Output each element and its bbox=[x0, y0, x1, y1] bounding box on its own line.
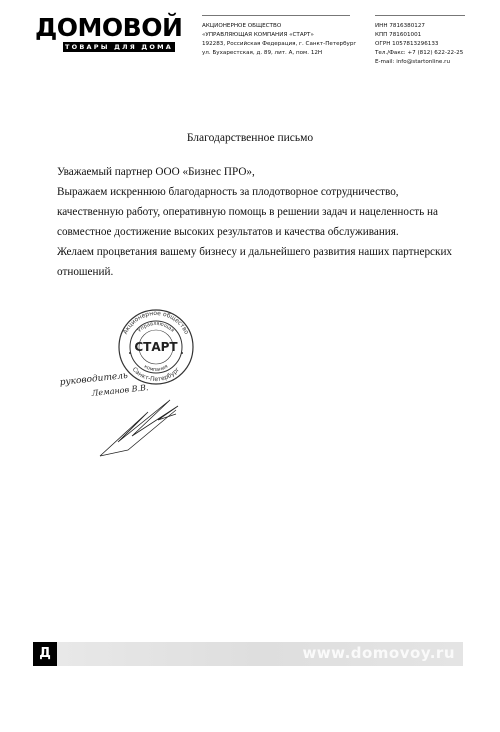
footer-url-link[interactable]: www.domovoy.ru bbox=[302, 644, 455, 662]
requisite-line: ОГРН 1057813296133 bbox=[375, 40, 463, 49]
company-line: 192283, Российская Федерация, г. Санкт-П… bbox=[202, 40, 356, 49]
letter-paragraph: Желаем процветания вашему бизнесу и даль… bbox=[57, 242, 457, 282]
company-line: ул. Бухарестская, д. 89, лит. А, пом. 12… bbox=[202, 49, 356, 58]
logo-tagline: ТОВАРЫ ДЛЯ ДОМА bbox=[63, 42, 175, 52]
header-rule-right bbox=[375, 15, 465, 16]
stamp-center: СТАРТ bbox=[134, 340, 178, 354]
letter-paragraph: Выражаем искреннюю благодарность за плод… bbox=[57, 182, 457, 242]
footer-bar: www.domovoy.ru bbox=[57, 642, 463, 666]
requisite-line: КПП 781601001 bbox=[375, 31, 463, 40]
requisite-line: Тел./Факс: +7 (812) 622-22-25 bbox=[375, 49, 463, 58]
letter-title: Благодарственное письмо bbox=[0, 132, 500, 144]
company-line: АКЦИОНЕРНОЕ ОБЩЕСТВО bbox=[202, 22, 356, 31]
header-rule-left bbox=[202, 15, 350, 16]
signature: руководитель Леманов В.В. bbox=[58, 360, 208, 470]
company-requisites: ИНН 7816380127 КПП 781601001 ОГРН 105781… bbox=[375, 22, 463, 67]
letter-greeting: Уважаемый партнер ООО «Бизнес ПРО», bbox=[57, 162, 457, 182]
company-info: АКЦИОНЕРНОЕ ОБЩЕСТВО «УПРАВЛЯЮЩАЯ КОМПАН… bbox=[202, 22, 356, 58]
requisite-email: E-mail: info@startonline.ru bbox=[375, 58, 463, 67]
footer-logo-icon: Д bbox=[33, 642, 57, 666]
letter-body: Уважаемый партнер ООО «Бизнес ПРО», Выра… bbox=[57, 162, 457, 282]
stamp-inner-top: Управляющая bbox=[137, 321, 175, 334]
logo-brand: ДОМОВОЙ bbox=[35, 14, 182, 41]
requisite-line: ИНН 7816380127 bbox=[375, 22, 463, 31]
company-logo: ДОМОВОЙ ТОВАРЫ ДЛЯ ДОМА bbox=[35, 14, 175, 50]
footer-banner: Д www.domovoy.ru bbox=[33, 642, 463, 666]
signature-name: Леманов В.В. bbox=[90, 383, 149, 398]
company-line: «УПРАВЛЯЮЩАЯ КОМПАНИЯ «СТАРТ» bbox=[202, 31, 356, 40]
